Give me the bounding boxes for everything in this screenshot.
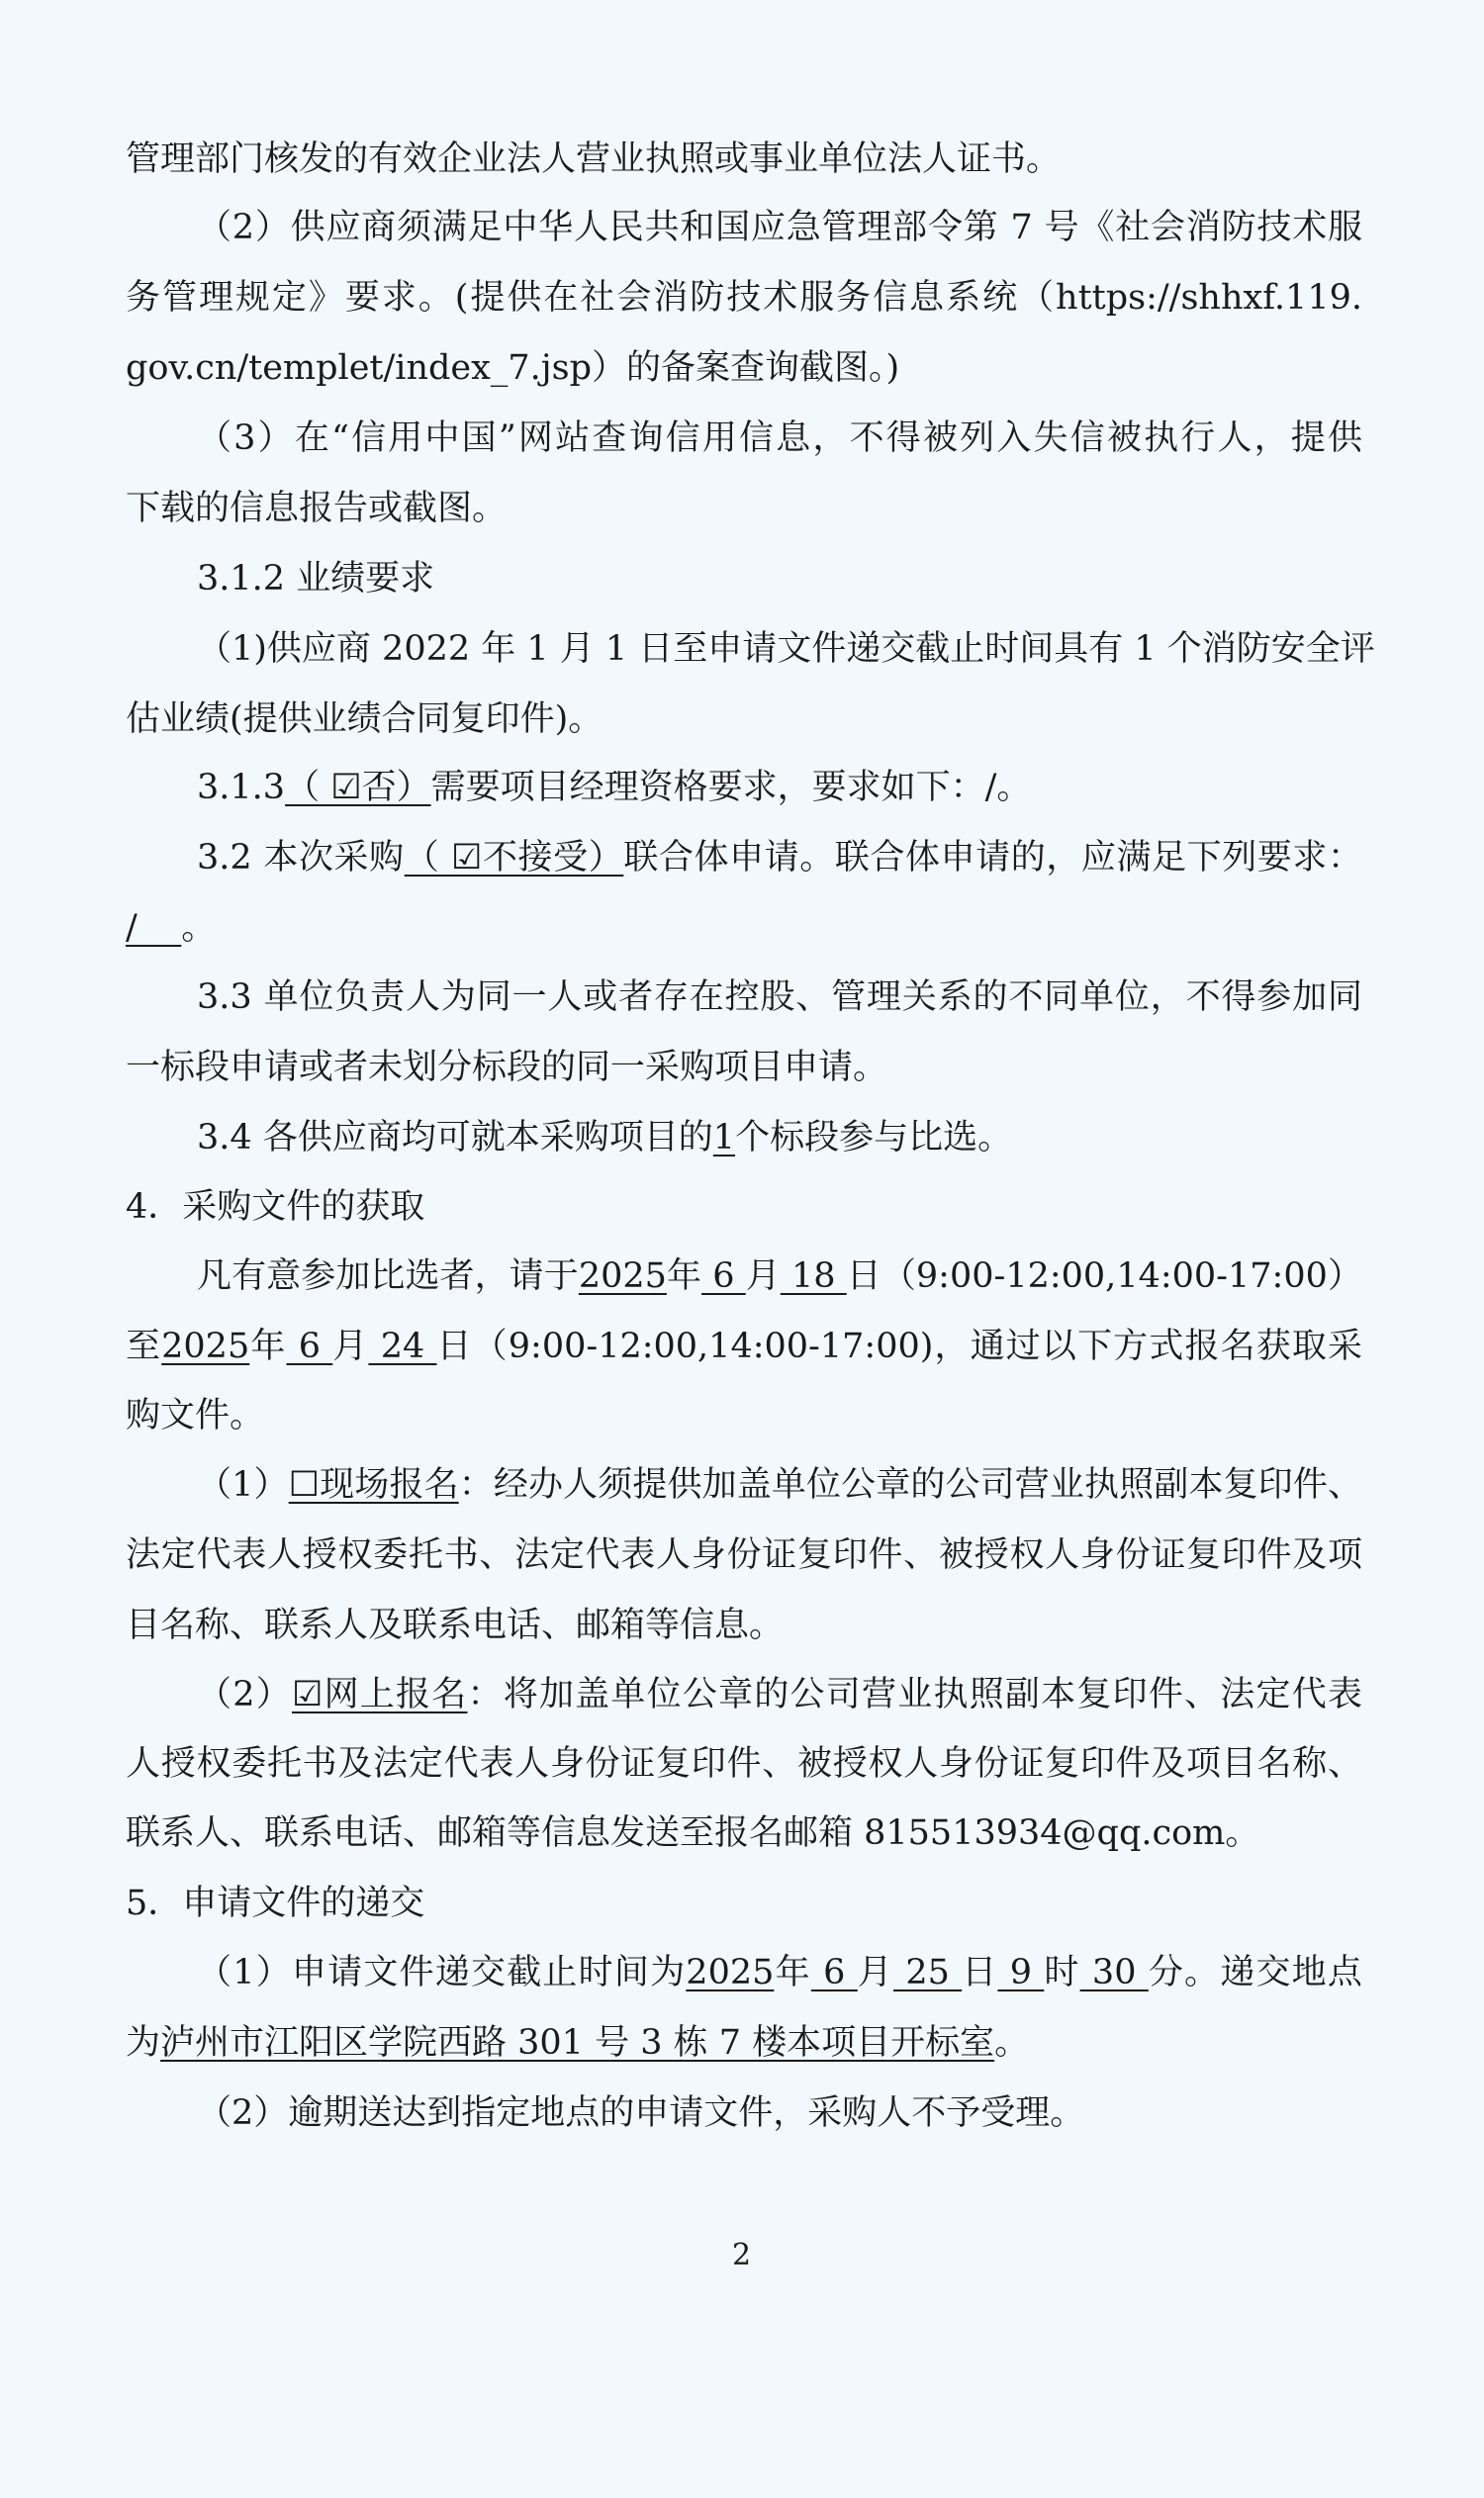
text-line: 联系人、联系电话、邮箱等信息发送至报名邮箱 815513934@qq.com。 bbox=[126, 1799, 1362, 1868]
text-segment: 个标段参与比选。 bbox=[735, 1118, 1012, 1157]
section-heading-5: 5．申请文件的递交 bbox=[126, 1869, 1362, 1938]
text-segment: 为 bbox=[126, 2023, 160, 2063]
text-segment: 目名称、联系人及联系电话、邮箱等信息。 bbox=[126, 1606, 784, 1645]
paragraph-late-submission: （2）逾期送达到指定地点的申请文件，采购人不予受理。 bbox=[197, 2079, 1362, 2148]
text-segment: 年 bbox=[249, 1327, 286, 1366]
text-line: 购文件。 bbox=[126, 1381, 1362, 1450]
text-line: 法定代表人授权委托书、法定代表人身份证复印件、被授权人身份证复印件及项 bbox=[126, 1521, 1362, 1590]
email-text: 联系人、联系电话、邮箱等信息发送至报名邮箱 815513934@qq.com。 bbox=[126, 1813, 1259, 1853]
paragraph-performance-1: （1)供应商 2022 年 1 月 1 日至申请文件递交截止时间具有 1 个消防… bbox=[197, 614, 1362, 684]
option-online-registration: （2）☑网上报名：将加盖单位公章的公司营业执照副本复印件、法定代表 bbox=[197, 1660, 1362, 1729]
text-segment: 日（9:00-12:00,14:00-17:00） bbox=[847, 1256, 1362, 1296]
submission-address: 泸州市江阳区学院西路 301 号 3 栋 7 楼本项目开标室 bbox=[160, 2023, 994, 2063]
paragraph-credit-check-3: （3）在“信用中国”网站查询信用信息，不得被列入失信被执行人，提供 bbox=[197, 404, 1362, 473]
clause-3-4: 3.4 各供应商均可就本采购项目的1个标段参与比选。 bbox=[197, 1103, 1362, 1172]
text-segment: 年 bbox=[667, 1256, 701, 1296]
clause-3-3: 3.3 单位负责人为同一人或者存在控股、管理关系的不同单位，不得参加同 bbox=[197, 963, 1362, 1032]
text-line: 一标段申请或者未划分标段的同一采购项目申请。 bbox=[126, 1033, 1362, 1102]
text-segment: ：将加盖单位公章的公司营业执照副本复印件、法定代表 bbox=[468, 1675, 1363, 1714]
text-line: 为泸州市江阳区学院西路 301 号 3 栋 7 楼本项目开标室。 bbox=[126, 2008, 1362, 2078]
text-segment: 人授权委托书及法定代表人身份证复印件、被授权人身份证复印件及项目名称、 bbox=[126, 1744, 1362, 1784]
text-segment: 3.2 本次采购 bbox=[197, 838, 405, 878]
text-line: 管理部门核发的有效企业法人营业执照或事业单位法人证书。 bbox=[126, 125, 1362, 194]
text-segment: 日 bbox=[962, 1953, 997, 1992]
text-segment: 月 bbox=[746, 1256, 781, 1296]
paragraph-acquisition-dates: 凡有意参加比选者，请于2025年 6 月 18 日（9:00-12:00,14:… bbox=[197, 1242, 1362, 1311]
deadline-hour: 9 bbox=[997, 1953, 1044, 1992]
text-line: 下载的信息报告或截图。 bbox=[126, 474, 1362, 543]
text-segment: 联合体申请。联合体申请的，应满足下列要求： bbox=[623, 838, 1362, 878]
text-segment: 3.3 单位负责人为同一人或者存在控股、管理关系的不同单位，不得参加同 bbox=[197, 977, 1362, 1017]
filled-value: 1 bbox=[713, 1118, 735, 1157]
text-segment: 月 bbox=[858, 1953, 893, 1992]
date-month: 6 bbox=[287, 1327, 333, 1366]
page-number: 2 bbox=[732, 2234, 751, 2277]
checkbox-onsite-registration[interactable]: ☐现场报名 bbox=[289, 1465, 459, 1505]
text-line: 人授权委托书及法定代表人身份证复印件、被授权人身份证复印件及项目名称、 bbox=[126, 1729, 1362, 1799]
checkbox-option-not-accept[interactable]: （ ☑不接受） bbox=[405, 838, 624, 878]
text-segment: 需要项目经理资格要求，要求如下：/。 bbox=[431, 768, 1032, 807]
text-segment: 年 bbox=[774, 1953, 810, 1992]
text-segment: 3.4 各供应商均可就本采购项目的 bbox=[197, 1118, 713, 1157]
text-segment: 时 bbox=[1044, 1953, 1079, 1992]
text-line: gov.cn/templet/index_7.jsp）的备案查询截图。) bbox=[126, 333, 1362, 403]
paragraph-supplier-requirement-2: （2）供应商须满足中华人民共和国应急管理部令第 7 号《社会消防技术服 bbox=[197, 193, 1362, 262]
date-day: 18 bbox=[781, 1256, 847, 1296]
blank-field: / bbox=[126, 908, 181, 948]
text-segment: 凡有意参加比选者，请于 bbox=[197, 1256, 579, 1296]
text-segment: 。 bbox=[181, 908, 216, 948]
clause-3-1-3: 3.1.3（ ☑否）需要项目经理资格要求，要求如下：/。 bbox=[197, 753, 1362, 822]
date-year: 2025 bbox=[161, 1327, 249, 1366]
heading-text: 4．采购文件的获取 bbox=[126, 1187, 424, 1227]
deadline-day: 25 bbox=[893, 1953, 962, 1992]
section-heading-4: 4．采购文件的获取 bbox=[126, 1172, 1362, 1242]
text-segment: （1)供应商 2022 年 1 月 1 日至申请文件递交截止时间具有 1 个消防… bbox=[197, 629, 1375, 669]
clause-3-2: 3.2 本次采购（ ☑不接受）联合体申请。联合体申请的，应满足下列要求： bbox=[197, 823, 1362, 892]
text-segment: 务管理规定》要求。(提供在社会消防技术服务信息系统（https://shhxf.… bbox=[126, 278, 1362, 318]
date-month: 6 bbox=[701, 1256, 746, 1296]
text-segment: 下载的信息报告或截图。 bbox=[126, 489, 507, 528]
text-segment: 管理部门核发的有效企业法人营业执照或事业单位法人证书。 bbox=[126, 139, 1061, 179]
paragraph-submission-deadline: （1）申请文件递交截止时间为2025年 6 月 25 日 9 时 30 分。递交… bbox=[197, 1938, 1362, 2007]
text-line: 务管理规定》要求。(提供在社会消防技术服务信息系统（https://shhxf.… bbox=[126, 263, 1362, 332]
date-day: 24 bbox=[368, 1327, 436, 1366]
text-segment: 。 bbox=[994, 2023, 1029, 2063]
text-segment: （2） bbox=[197, 1675, 292, 1714]
deadline-minute: 30 bbox=[1080, 1953, 1149, 1992]
subheading-3-1-2: 3.1.2 业绩要求 bbox=[197, 544, 1362, 613]
text-segment: 3.1.3 bbox=[197, 768, 285, 807]
text-segment: ：经办人须提供加盖单位公章的公司营业执照副本复印件、 bbox=[459, 1465, 1362, 1505]
text-segment: 月 bbox=[332, 1327, 368, 1366]
option-onsite-registration: （1）☐现场报名：经办人须提供加盖单位公章的公司营业执照副本复印件、 bbox=[197, 1450, 1362, 1520]
url-text: gov.cn/templet/index_7.jsp）的备案查询截图。) bbox=[126, 348, 899, 388]
checkbox-option-no[interactable]: （ ☑否） bbox=[285, 768, 431, 807]
text-segment: （2）供应商须满足中华人民共和国应急管理部令第 7 号《社会消防技术服 bbox=[197, 208, 1362, 247]
deadline-month: 6 bbox=[811, 1953, 858, 1992]
text-segment: （1）申请文件递交截止时间为 bbox=[197, 1953, 686, 1992]
document-page: 管理部门核发的有效企业法人营业执照或事业单位法人证书。 （2）供应商须满足中华人… bbox=[0, 0, 1484, 2498]
checkbox-online-registration[interactable]: ☑网上报名 bbox=[292, 1675, 468, 1714]
text-segment: 分。递交地点 bbox=[1149, 1953, 1362, 1992]
date-year: 2025 bbox=[579, 1256, 667, 1296]
text-line: 至2025年 6 月 24 日（9:00-12:00,14:00-17:00)，… bbox=[126, 1312, 1362, 1381]
text-segment: 一标段申请或者未划分标段的同一采购项目申请。 bbox=[126, 1048, 887, 1087]
text-line: 估业绩(提供业绩合同复印件)。 bbox=[126, 685, 1362, 754]
heading-text: 5．申请文件的递交 bbox=[126, 1884, 424, 1923]
text-segment: 估业绩(提供业绩合同复印件)。 bbox=[126, 699, 603, 739]
text-segment: （2）逾期送达到指定地点的申请文件，采购人不予受理。 bbox=[197, 2093, 1084, 2133]
subheading-text: 3.1.2 业绩要求 bbox=[197, 559, 434, 599]
text-segment: （3）在“信用中国”网站查询信用信息，不得被列入失信被执行人，提供 bbox=[197, 418, 1362, 458]
text-segment: 至 bbox=[126, 1327, 161, 1366]
text-segment: （1） bbox=[197, 1465, 289, 1505]
text-line: 目名称、联系人及联系电话、邮箱等信息。 bbox=[126, 1591, 1362, 1660]
text-segment: 购文件。 bbox=[126, 1396, 264, 1435]
deadline-year: 2025 bbox=[686, 1953, 774, 1992]
text-segment: 日（9:00-12:00,14:00-17:00)，通过以下方式报名获取采 bbox=[437, 1327, 1362, 1366]
text-line: / 。 bbox=[126, 893, 1362, 963]
text-segment: 法定代表人授权委托书、法定代表人身份证复印件、被授权人身份证复印件及项 bbox=[126, 1535, 1362, 1575]
